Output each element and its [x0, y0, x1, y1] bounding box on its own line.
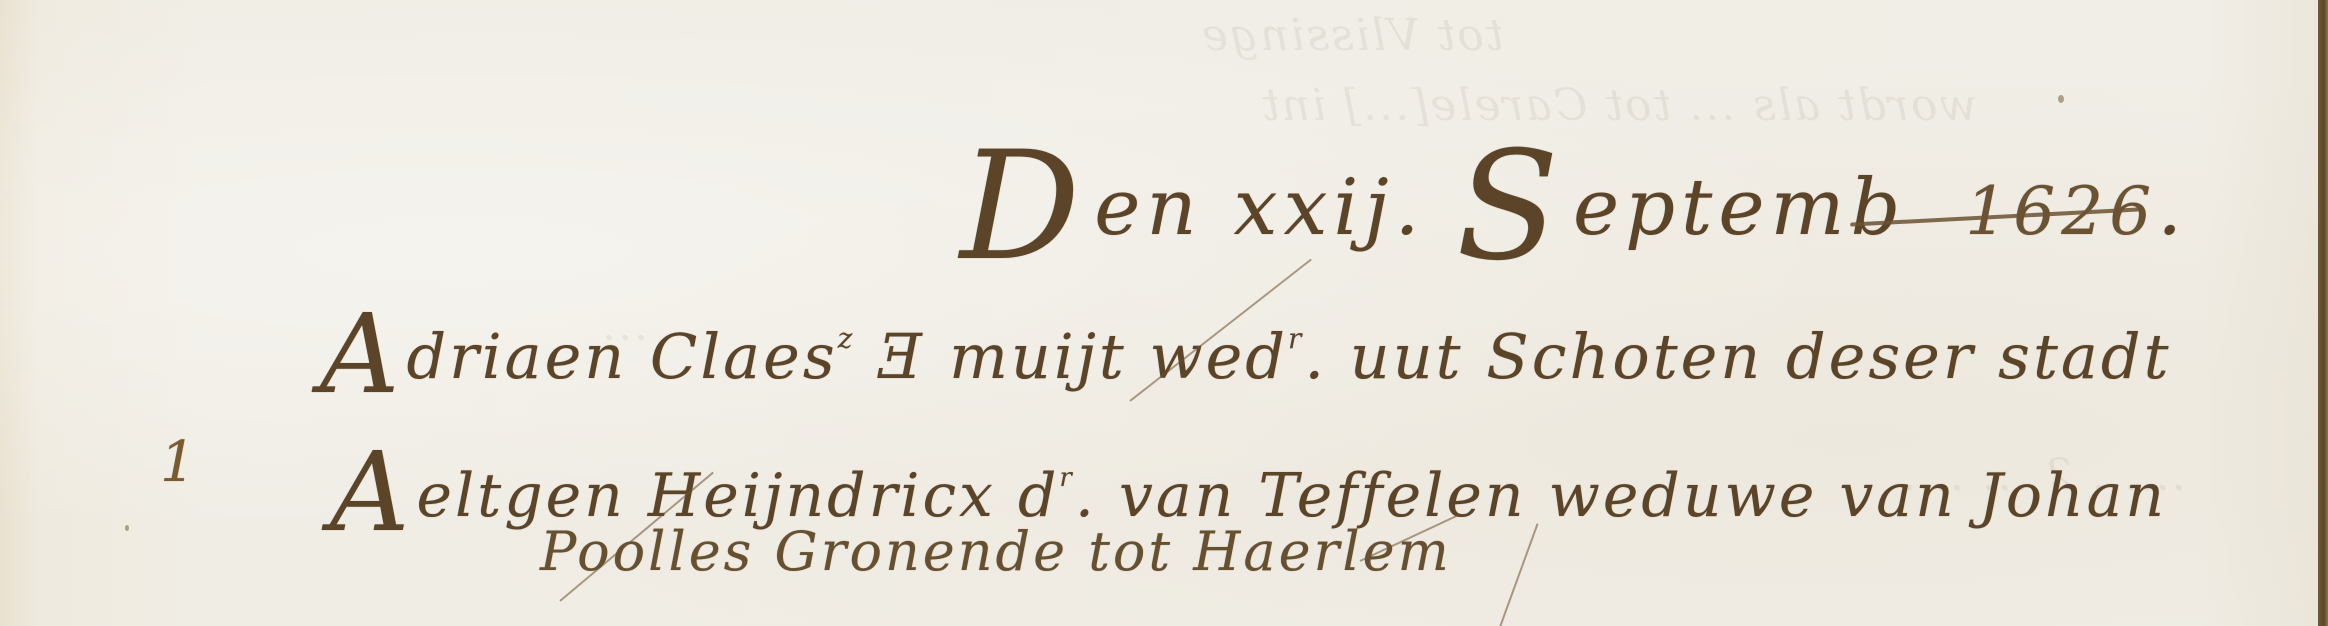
bleed-through-line: tot Vlissinge [1200, 10, 1504, 61]
bride-initial: A [330, 428, 412, 556]
paper-speck [2058, 95, 2064, 103]
groom-origin: . uut Schoten deser stadt [1304, 320, 2171, 393]
date-separator: . [1395, 163, 1426, 253]
manuscript-page: tot Vlissinge wordt als ... tot Carele[.… [0, 0, 2318, 626]
month-name: eptemb [1573, 163, 1907, 253]
page-edge-border [2318, 0, 2328, 626]
date-initial: D [960, 120, 1086, 294]
groom-description: Ǝ muijt wed [855, 320, 1288, 393]
entry-date-heading: Den xxij. Septemb 1626. [960, 120, 2188, 294]
margin-entry-number: 1 [160, 430, 196, 495]
groom-name: driaen Claes [406, 320, 837, 393]
month-initial: S [1456, 120, 1565, 294]
daughter-abbrev: r [1059, 463, 1074, 493]
entry-line-continuation: Poolles Gronende tot Haerlem [540, 520, 1452, 583]
paper-speck [125, 525, 129, 531]
heading-period: . [2157, 163, 2188, 253]
groom-initial: A [320, 290, 402, 418]
date-day: en xxij [1094, 163, 1394, 253]
widower-abbrev: r [1288, 322, 1304, 355]
groom-patronymic-abbrev: z [838, 322, 856, 355]
